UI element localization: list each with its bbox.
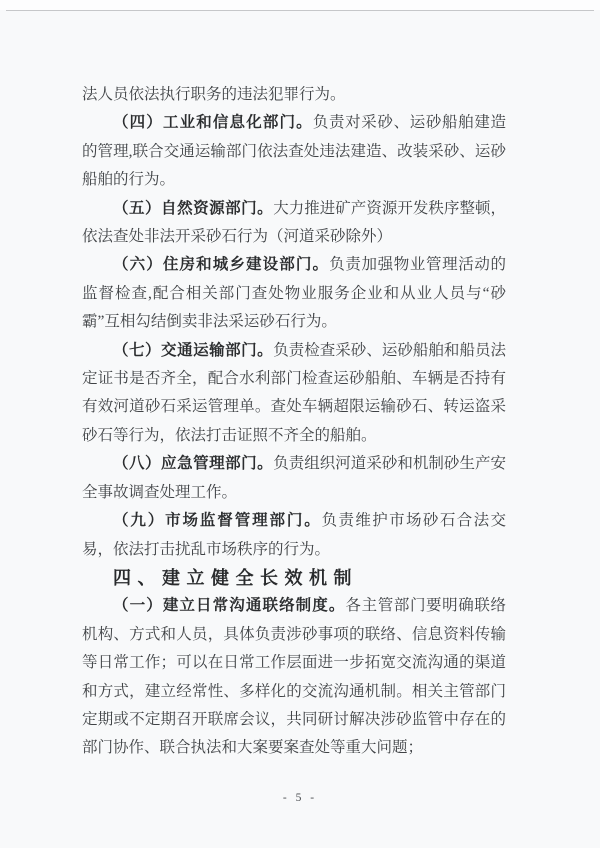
paragraph-dept-market-supervision: （九）市场监督管理部门。负责维护市场砂石合法交易，依法打击扰乱市场秩序的行为。 <box>82 507 506 564</box>
paragraph-continuation: 法人员依法执行职务的违法犯罪行为。 <box>82 81 506 109</box>
scanned-document-page: 法人员依法执行职务的违法犯罪行为。 （四）工业和信息化部门。负责对采砂、运砂船舶… <box>0 0 600 848</box>
dept-name-bold: （四）工业和信息化部门。 <box>113 114 313 131</box>
paragraph-dept-industry-information: （四）工业和信息化部门。负责对采砂、运砂船舶建造的管理,联合交通运输部门依法查处… <box>82 109 506 194</box>
section-heading: 四、建立健全长效机制 <box>82 564 506 592</box>
scan-edge-line <box>6 10 594 11</box>
dept-name-bold: （六）住房和城乡建设部门。 <box>113 256 329 273</box>
clause-name-bold: （一）建立日常沟通联络制度。 <box>113 597 346 614</box>
dept-name-bold: （九）市场监督管理部门。 <box>113 512 322 529</box>
scan-top-strip <box>0 0 600 10</box>
paragraph-dept-housing-construction: （六）住房和城乡建设部门。负责加强物业管理活动的监督检查,配合相关部门查处物业服… <box>82 251 506 336</box>
dept-name-bold: （五）自然资源部门。 <box>113 200 273 217</box>
dept-name-bold: （七）交通运输部门。 <box>113 342 273 359</box>
paragraph-dept-natural-resources: （五）自然资源部门。大力推进矿产资源开发秩序整顿，依法查处非法开采砂石行为（河道… <box>82 195 506 252</box>
paragraph-text: 法人员依法执行职务的违法犯罪行为。 <box>82 86 346 103</box>
page-number: - 5 - <box>0 792 600 804</box>
paragraph-dept-transport: （七）交通运输部门。负责检查采砂、运砂船舶和船员法定证书是否齐全，配合水利部门检… <box>82 337 506 451</box>
paragraph-dept-emergency-management: （八）应急管理部门。负责组织河道采砂和机制砂生产安全事故调查处理工作。 <box>82 450 506 507</box>
document-content: 法人员依法执行职务的违法犯罪行为。 （四）工业和信息化部门。负责对采砂、运砂船舶… <box>82 81 506 763</box>
dept-name-bold: （八）应急管理部门。 <box>113 455 273 472</box>
paragraph-daily-communication-mechanism: （一）建立日常沟通联络制度。各主管部门要明确联络机构、方式和人员，具体负责涉砂事… <box>82 592 506 762</box>
paragraph-text: 各主管部门要明确联络机构、方式和人员，具体负责涉砂事项的联络、信息资料传输等日常… <box>82 597 506 756</box>
